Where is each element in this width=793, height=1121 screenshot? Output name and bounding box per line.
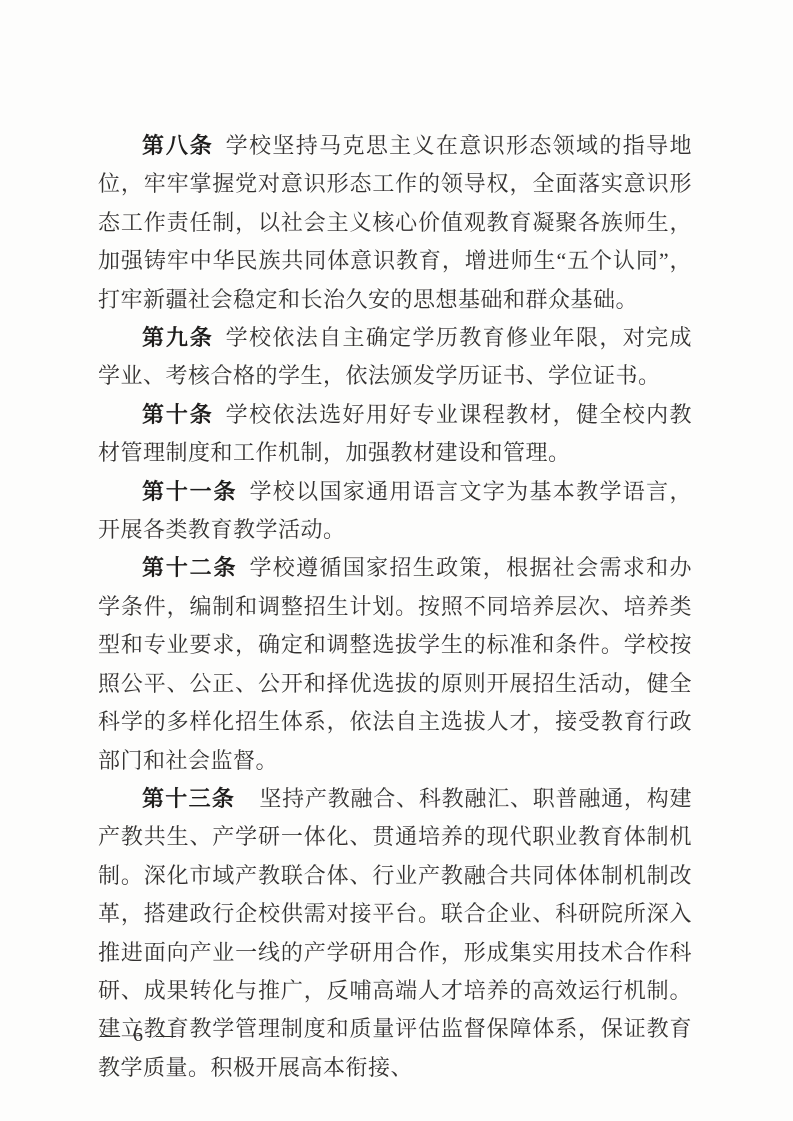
article-paragraph-9: 第九条学校依法自主确定学历教育修业年限，对完成学业、考核合格的学生，依法颁发学历… — [98, 319, 692, 396]
article-12-text: 学校遵循国家招生政策，根据社会需求和办学条件，编制和调整招生计划。按照不同培养层… — [98, 555, 692, 772]
article-8-number: 第八条 — [142, 133, 214, 158]
article-paragraph-10: 第十条学校依法选好用好专业课程教材，健全校内教材管理制度和工作机制，加强教材建设… — [98, 396, 692, 473]
article-13-number: 第十三条 — [142, 786, 235, 811]
article-8-text: 学校坚持马克思主义在意识形态领域的指导地位，牢牢掌握党对意识形态工作的领导权，全… — [98, 133, 692, 312]
article-11-number: 第十一条 — [142, 479, 237, 504]
article-10-number: 第十条 — [142, 402, 214, 427]
article-12-number: 第十二条 — [142, 555, 237, 580]
article-13-text: 坚持产教融合、科教融汇、职普融通，构建产教共生、产学研一体化、贯通培养的现代职业… — [98, 786, 692, 1080]
document-body: 第八条学校坚持马克思主义在意识形态领域的指导地位，牢牢掌握党对意识形态工作的领导… — [98, 127, 692, 1087]
article-paragraph-12: 第十二条学校遵循国家招生政策，根据社会需求和办学条件，编制和调整招生计划。按照不… — [98, 549, 692, 779]
document-page: 第八条学校坚持马克思主义在意识形态领域的指导地位，牢牢掌握党对意识形态工作的领导… — [0, 0, 793, 1121]
article-paragraph-8: 第八条学校坚持马克思主义在意识形态领域的指导地位，牢牢掌握党对意识形态工作的领导… — [98, 127, 692, 319]
page-number: — 6 — — [100, 1024, 180, 1047]
article-paragraph-13: 第十三条坚持产教融合、科教融汇、职普融通，构建产教共生、产学研一体化、贯通培养的… — [98, 780, 692, 1087]
article-paragraph-11: 第十一条学校以国家通用语言文字为基本教学语言，开展各类教育教学活动。 — [98, 473, 692, 550]
article-9-number: 第九条 — [142, 325, 214, 350]
